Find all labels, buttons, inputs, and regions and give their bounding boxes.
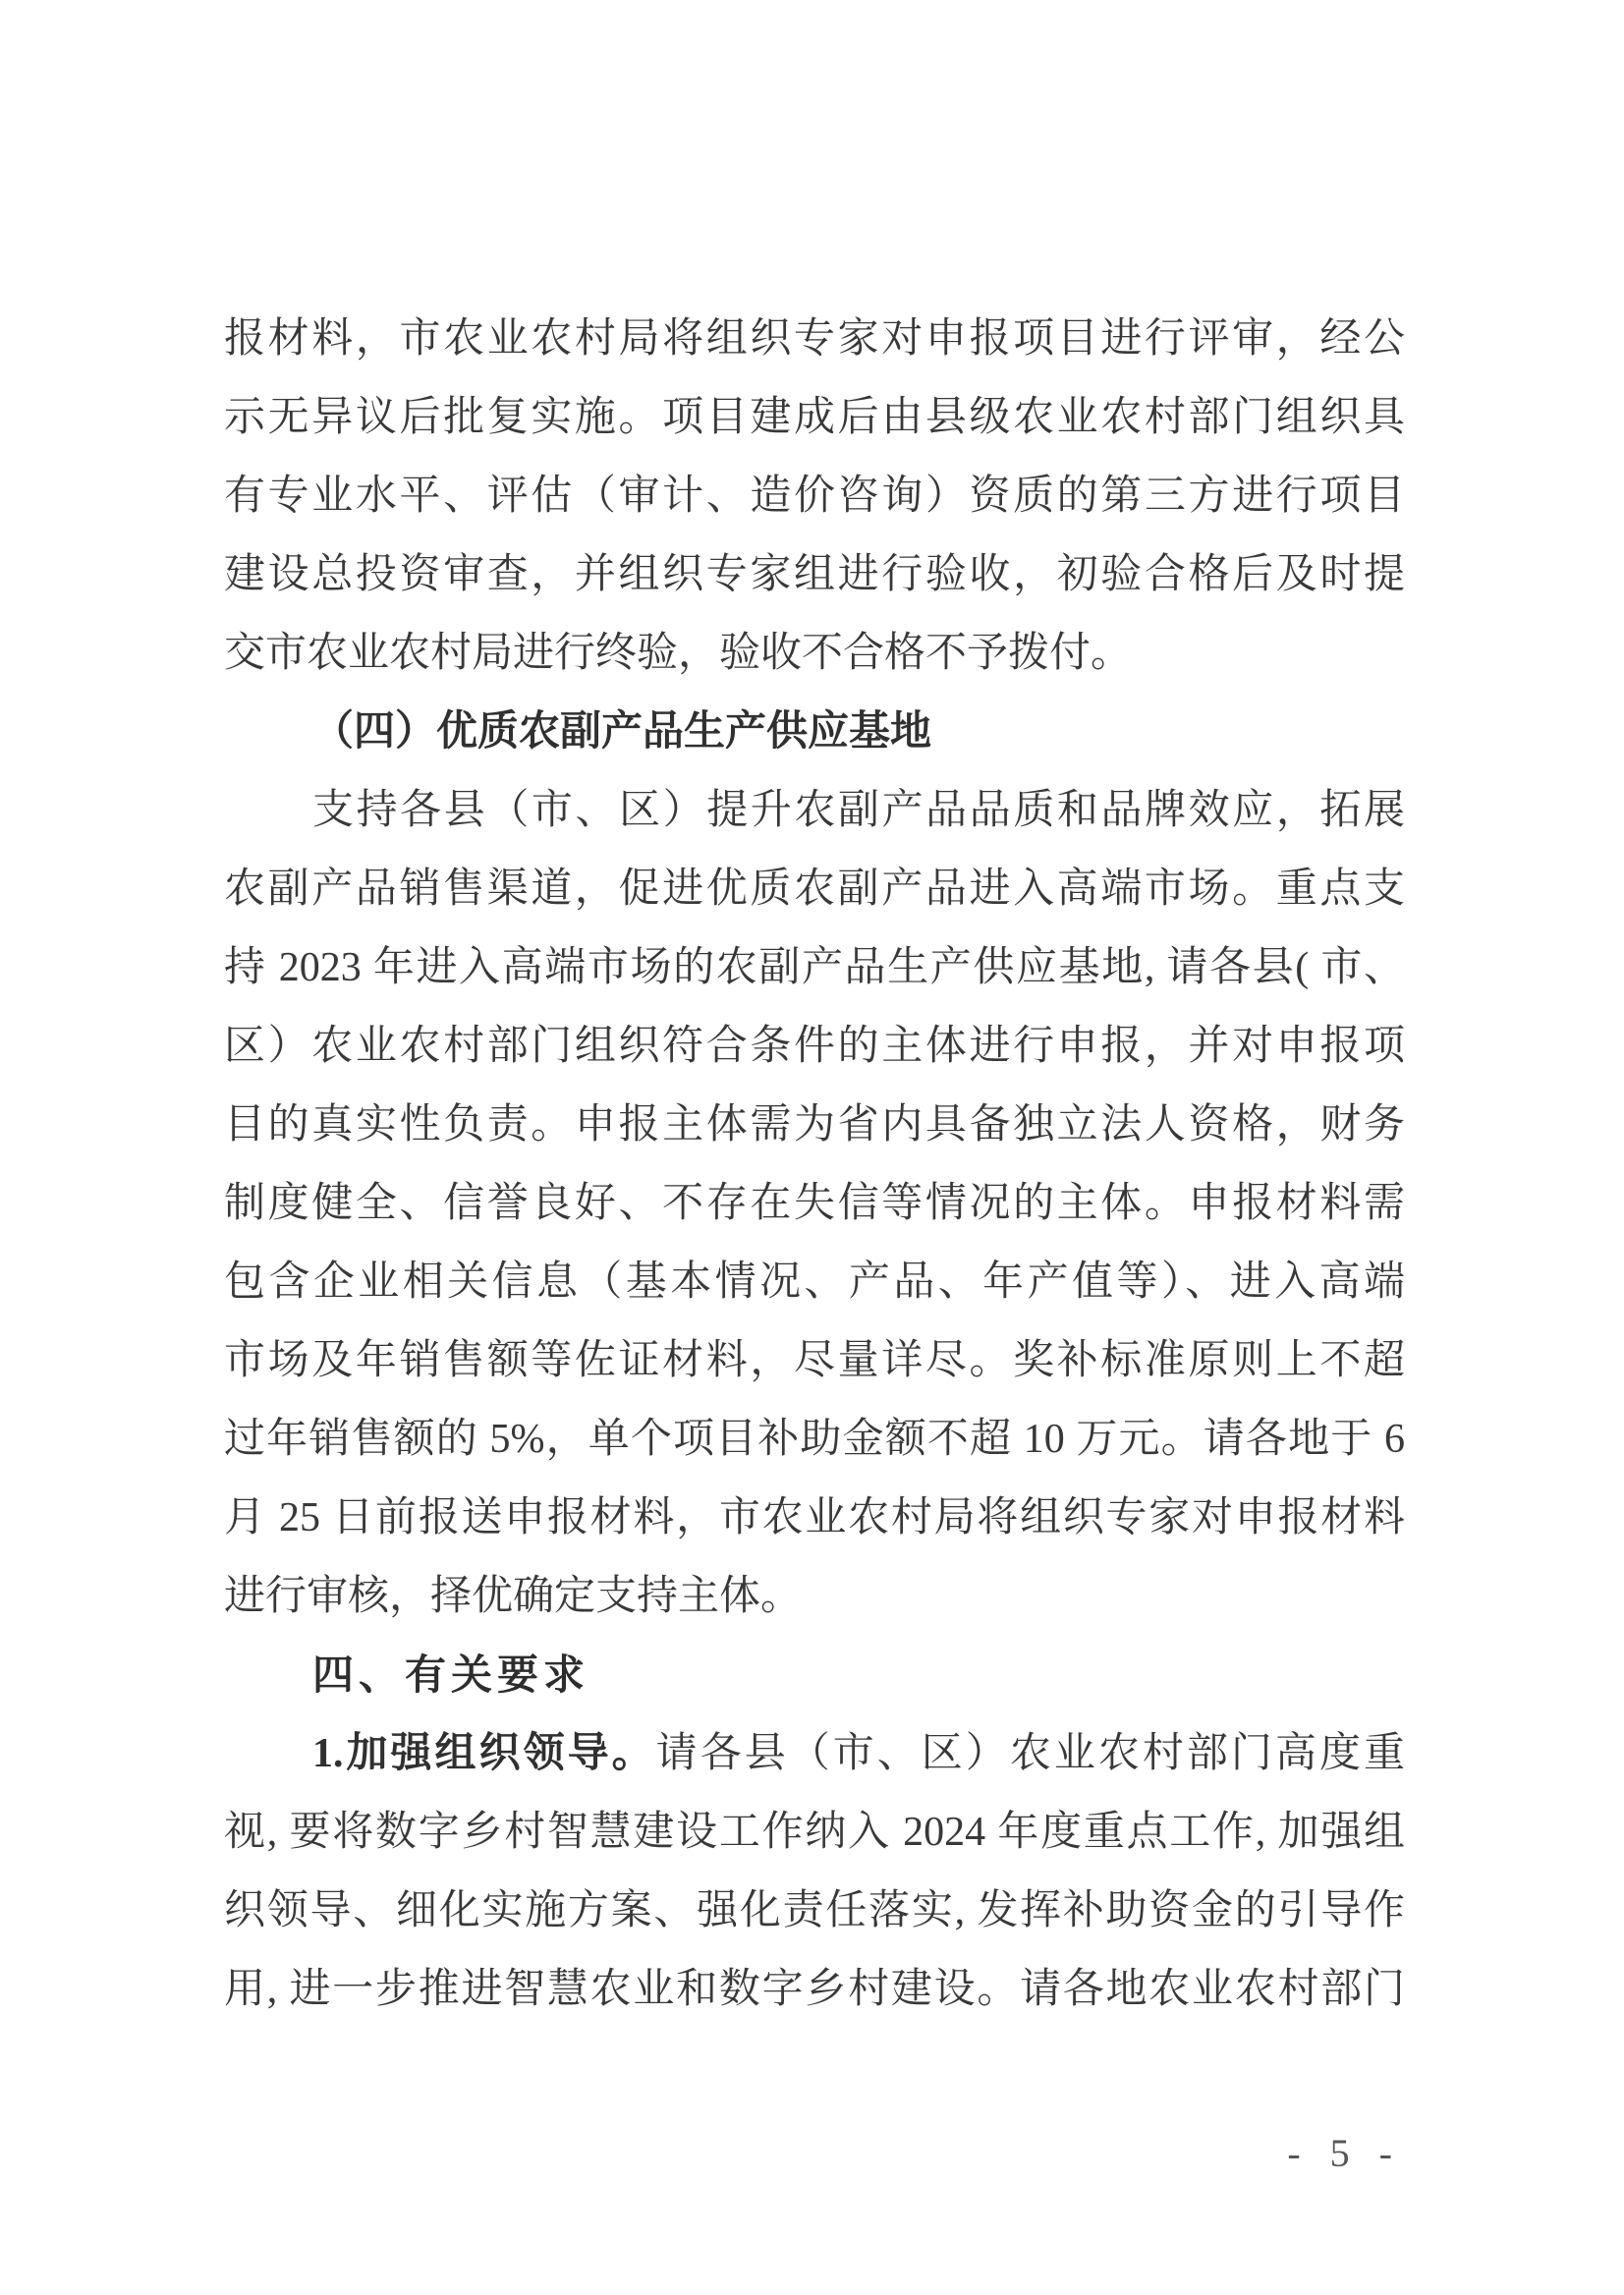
para-line: 目的真实性负责。申报主体需为省内具备独立法人资格，财务 (224, 1086, 1405, 1164)
para-line: 示无异议后批复实施。项目建成后由县级农业农村部门组织具 (224, 378, 1405, 457)
para-line: 包含企业相关信息（基本情况、产品、年产值等）、进入高端 (224, 1243, 1405, 1321)
para-line: 过年销售额的 5%，单个项目补助金额不超 10 万元。请各地于 6 (224, 1400, 1405, 1479)
para-line: 织领导、细化实施方案、强化责任落实, 发挥补助资金的引导作 (224, 1872, 1405, 1950)
para-line: 视, 要将数字乡村智慧建设工作纳入 2024 年度重点工作, 加强组 (224, 1793, 1405, 1872)
para-line: 交市农业农村局进行终验，验收不合格不予拨付。 (224, 614, 1405, 693)
para-line: 市场及年销售额等佐证材料，尽量详尽。奖补标准原则上不超 (224, 1321, 1405, 1400)
document-lines: 报材料，市农业农村局将组织专家对申报项目进行评审，经公示无异议后批复实施。项目建… (224, 300, 1405, 2029)
document-page: 报材料，市农业农村局将组织专家对申报项目进行评审，经公示无异议后批复实施。项目建… (0, 0, 1624, 2295)
para-line: 1.加强组织领导。请各县（市、区）农业农村部门高度重 (224, 1714, 1405, 1793)
section-heading-requirements: 四、有关要求 (224, 1636, 1405, 1714)
para-line: 区）农业农村部门组织符合条件的主体进行申报，并对申报项 (224, 1007, 1405, 1086)
bold-lead-text: 1.加强组织领导。 (312, 1731, 656, 1776)
para-line: 进行审核，择优确定支持主体。 (224, 1557, 1405, 1636)
para-line: 报材料，市农业农村局将组织专家对申报项目进行评审，经公 (224, 300, 1405, 378)
para-line: 建设总投资审查，并组织专家组进行验收，初验合格后及时提 (224, 535, 1405, 614)
para-line: 持 2023 年进入高端市场的农副产品生产供应基地, 请各县( 市、 (224, 928, 1405, 1007)
section-heading-4: （四）优质农副产品生产供应基地 (224, 693, 1405, 771)
line-text: 请各县（市、区）农业农村部门高度重 (656, 1731, 1405, 1776)
para-line: 农副产品销售渠道，促进优质农副产品进入高端市场。重点支 (224, 850, 1405, 928)
para-line: 用, 进一步推进智慧农业和数字乡村建设。请各地农业农村部门 (224, 1950, 1405, 2029)
page-number: - 5 - (1287, 2132, 1402, 2175)
para-line: 月 25 日前报送申报材料，市农业农村局将组织专家对申报材料 (224, 1479, 1405, 1557)
para-line: 支持各县（市、区）提升农副产品品质和品牌效应，拓展 (224, 771, 1405, 850)
para-line: 制度健全、信誉良好、不存在失信等情况的主体。申报材料需 (224, 1164, 1405, 1243)
para-line: 有专业水平、评估（审计、造价咨询）资质的第三方进行项目 (224, 457, 1405, 535)
